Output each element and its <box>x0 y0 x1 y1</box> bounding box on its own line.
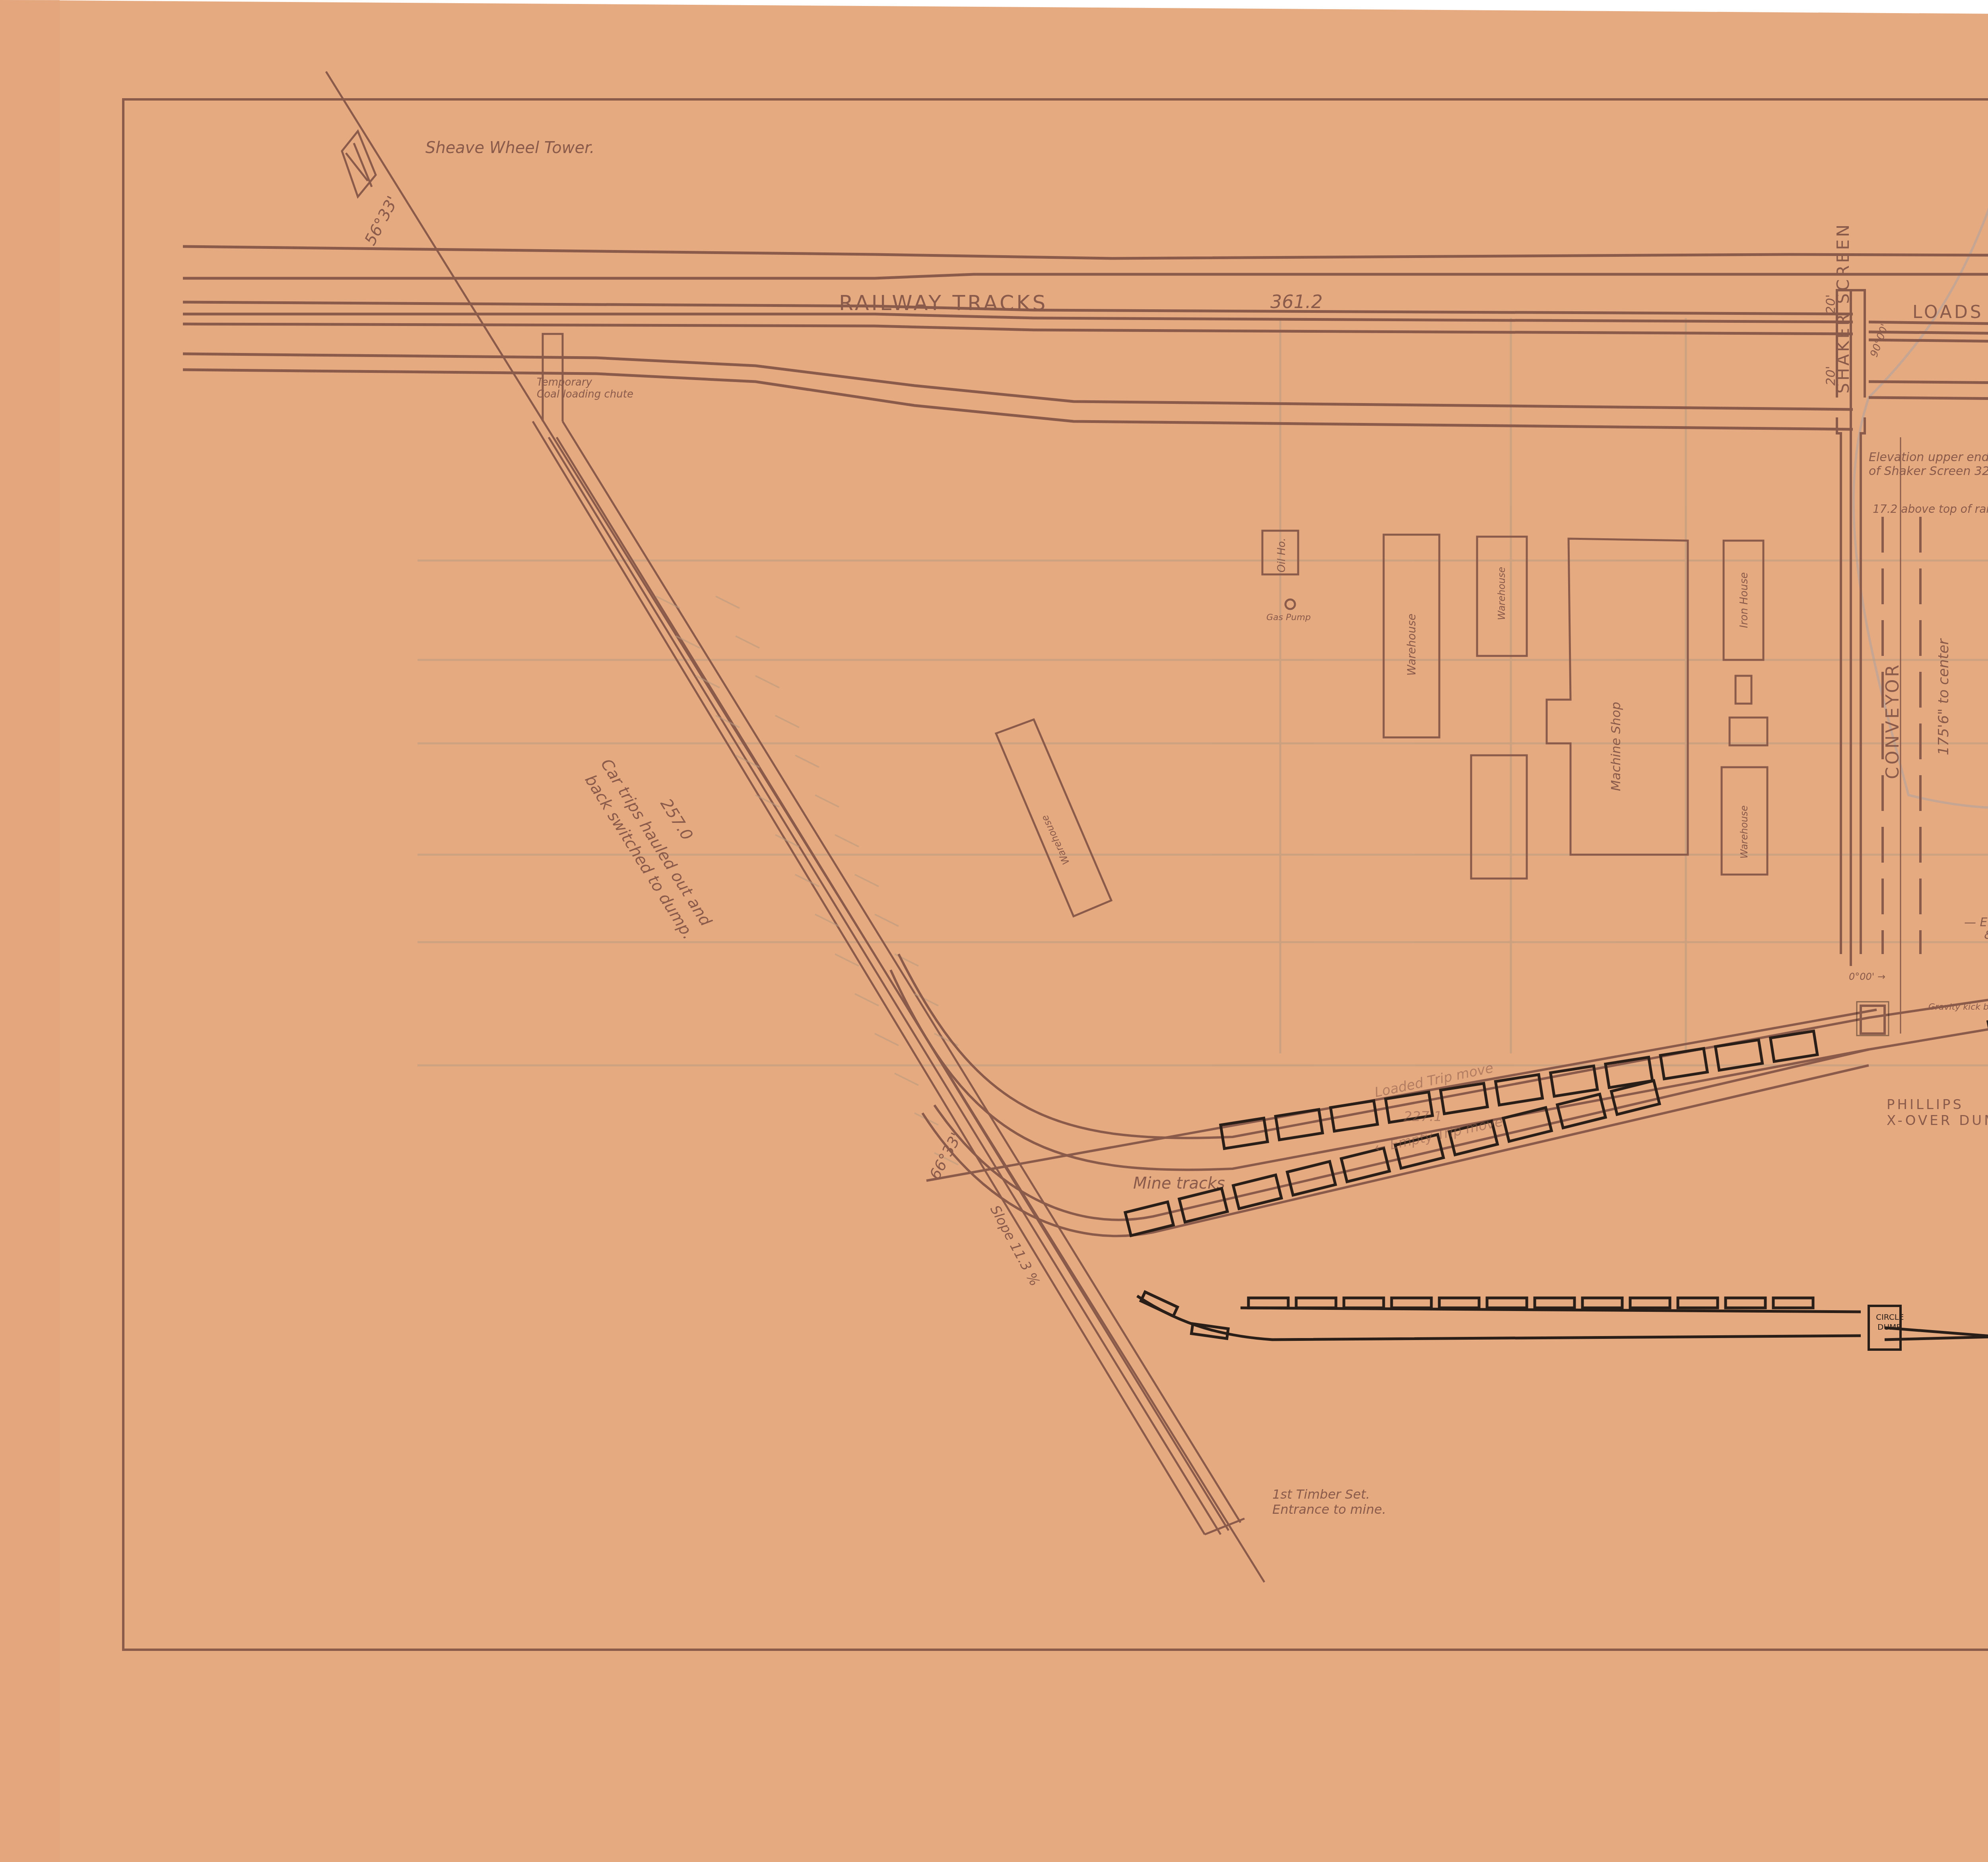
gravity-kick-back: Gravity kick back <box>1928 1002 1988 1012</box>
conveyor-dimension: 175'6" to center <box>1936 638 1952 755</box>
zero-station: 0°00' → <box>1849 971 1885 982</box>
warehouse-1-label: Warehouse <box>1405 614 1418 676</box>
machine-shop-label: Machine Shop <box>1608 702 1623 791</box>
phillips-label-2: X-OVER DUMP <box>1887 1113 1988 1129</box>
warehouse-2-label: Warehouse <box>1496 567 1507 620</box>
dim-20-top: 20' <box>1823 294 1838 314</box>
warehouse-3-label: Warehouse <box>1739 805 1750 859</box>
rail-elevation-1: — Elevation top of rail <box>1964 915 1988 929</box>
iron-house-label: Iron House <box>1738 572 1750 628</box>
loads-move-label: LOADS MOVE → <box>1912 302 1988 322</box>
conveyor-label: CONVEYOR <box>1883 662 1903 779</box>
oil-house-label: Oil Ho. <box>1276 538 1288 572</box>
drawing-sheet: RAILWAY TRACKS 361.2 LOADS MOVE → Sheave… <box>0 0 1988 1862</box>
coal-chute-label-2: Coal loading chute <box>537 388 633 400</box>
phillips-label-1: PHILLIPS <box>1887 1097 1964 1113</box>
shaker-note: 17.2 above top of rail at phillips dump <box>1873 502 1988 516</box>
shaker-elevation-2: of Shaker Screen 3227.14 <box>1869 464 1988 478</box>
dim-20-bottom: 20' <box>1823 366 1838 386</box>
railway-distance-label: 361.2 <box>1270 291 1323 312</box>
rail-elevation-2: & Phillips Dump. 3209.94 <box>1984 928 1988 942</box>
coal-chute-label-1: Temporary <box>537 376 592 388</box>
circle-dump-label-2: DUMP <box>1877 1322 1901 1332</box>
distance-227: 227.1 <box>1404 1109 1442 1125</box>
timber-set-label-2: Entrance to mine. <box>1272 1502 1386 1517</box>
shaker-elevation-1: Elevation upper end <box>1869 450 1988 464</box>
gas-pump-label: Gas Pump <box>1266 613 1311 623</box>
railway-tracks-label: RAILWAY TRACKS <box>839 291 1048 315</box>
sheave-tower-label: Sheave Wheel Tower. <box>425 139 595 157</box>
timber-set-label-1: 1st Timber Set. <box>1272 1487 1370 1502</box>
circle-dump-label-1: CIRCLE <box>1876 1312 1904 1322</box>
